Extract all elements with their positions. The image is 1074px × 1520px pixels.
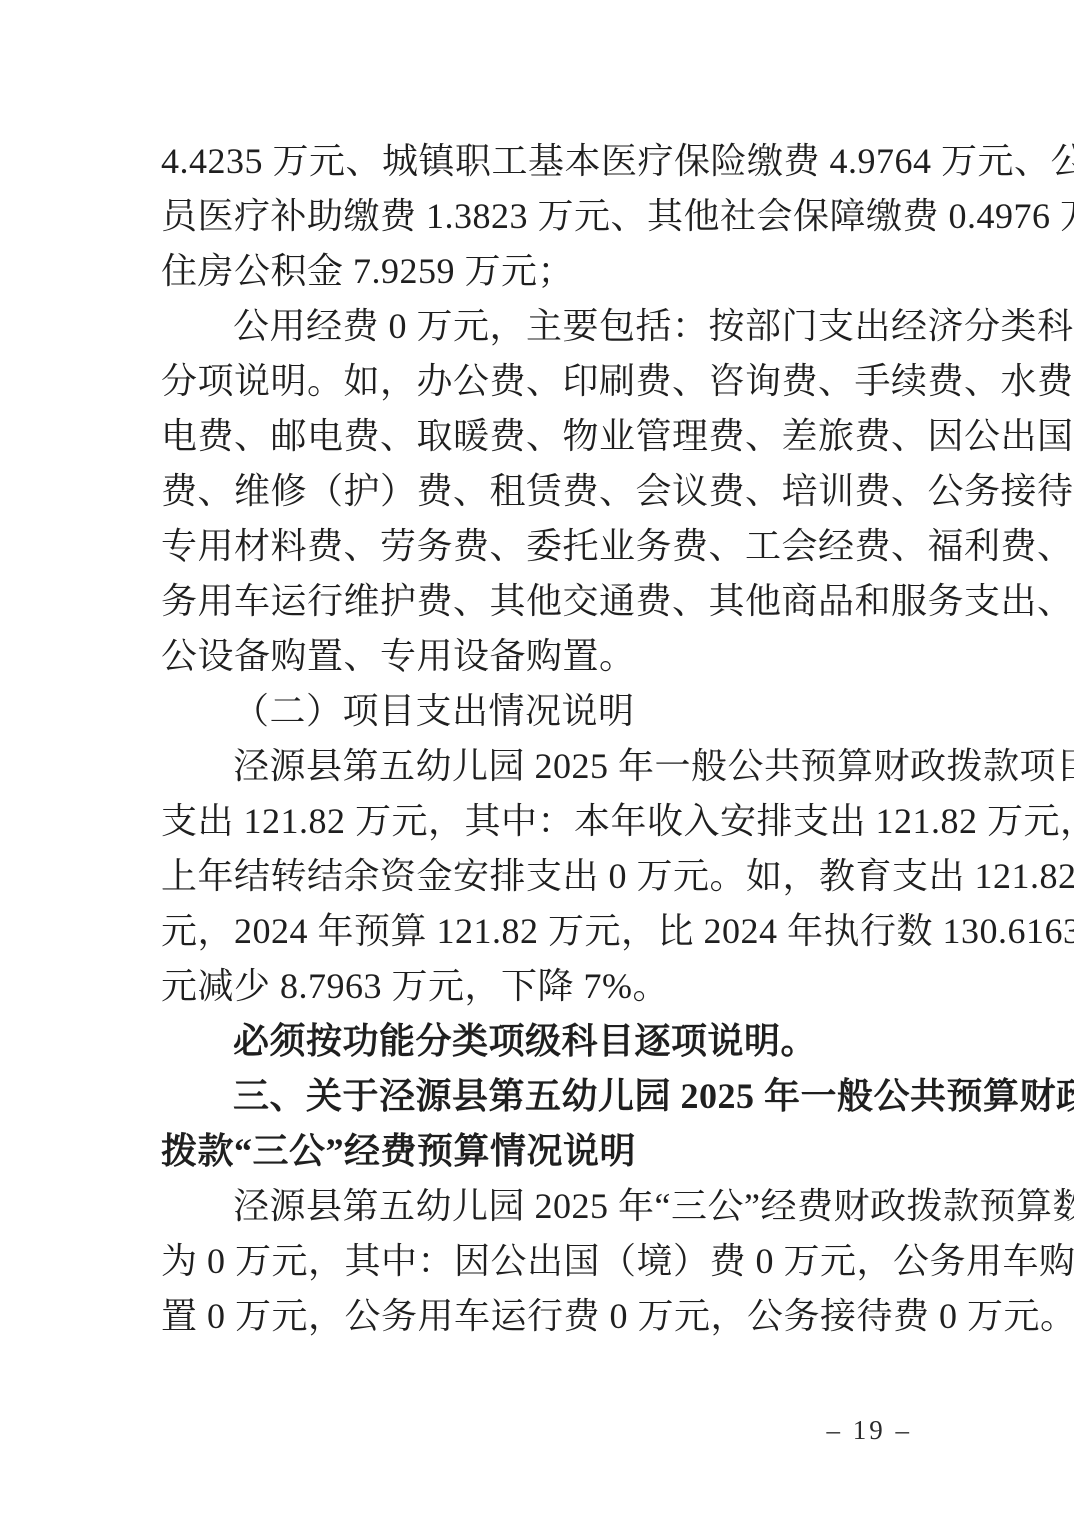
document-line: 公设备购置、专用设备购置。 <box>161 629 918 684</box>
section-heading-line: 三、关于泾源县第五幼儿园 2025 年一般公共预算财政 <box>161 1069 918 1124</box>
document-line: 公用经费 0 万元，主要包括：按部门支出经济分类科目 <box>161 299 918 354</box>
document-line: 员医疗补助缴费 1.3823 万元、其他社会保障缴费 0.4976 万元、 <box>161 189 918 244</box>
document-line: 泾源县第五幼儿园 2025 年“三公”经费财政拨款预算数 <box>161 1179 918 1234</box>
document-line: 电费、邮电费、取暖费、物业管理费、差旅费、因公出国（境） <box>161 409 918 464</box>
document-line: 泾源县第五幼儿园 2025 年一般公共预算财政拨款项目 <box>161 739 918 794</box>
document-line: 专用材料费、劳务费、委托业务费、工会经费、福利费、公 <box>161 519 918 574</box>
document-line: 元减少 8.7963 万元，下降 7%。 <box>161 959 918 1014</box>
section-heading-line: 拨款“三公”经费预算情况说明 <box>161 1124 918 1179</box>
document-line: 费、维修（护）费、租赁费、会议费、培训费、公务接待费、 <box>161 464 918 519</box>
subsection-heading: （二）项目支出情况说明 <box>161 684 918 739</box>
document-line: 务用车运行维护费、其他交通费、其他商品和服务支出、办 <box>161 574 918 629</box>
document-line: 上年结转结余资金安排支出 0 万元。如，教育支出 121.82 万 <box>161 849 918 904</box>
document-line: 元，2024 年预算 121.82 万元，比 2024 年执行数 130.616… <box>161 904 918 959</box>
page-number: – 19 – <box>827 1410 913 1450</box>
document-line: 置 0 万元，公务用车运行费 0 万元，公务接待费 0 万元。 <box>161 1289 918 1344</box>
document-line: 支出 121.82 万元，其中：本年收入安排支出 121.82 万元， <box>161 794 918 849</box>
document-line: 为 0 万元，其中：因公出国（境）费 0 万元，公务用车购 <box>161 1234 918 1289</box>
document-line: 4.4235 万元、城镇职工基本医疗保险缴费 4.9764 万元、公务 <box>161 134 918 189</box>
document-page: 4.4235 万元、城镇职工基本医疗保险缴费 4.9764 万元、公务 员医疗补… <box>0 0 1074 1520</box>
document-line: 分项说明。如，办公费、印刷费、咨询费、手续费、水费、 <box>161 354 918 409</box>
document-body: 4.4235 万元、城镇职工基本医疗保险缴费 4.9764 万元、公务 员医疗补… <box>161 134 918 1344</box>
emphasis-line: 必须按功能分类项级科目逐项说明。 <box>161 1014 918 1069</box>
document-line: 住房公积金 7.9259 万元； <box>161 244 918 299</box>
